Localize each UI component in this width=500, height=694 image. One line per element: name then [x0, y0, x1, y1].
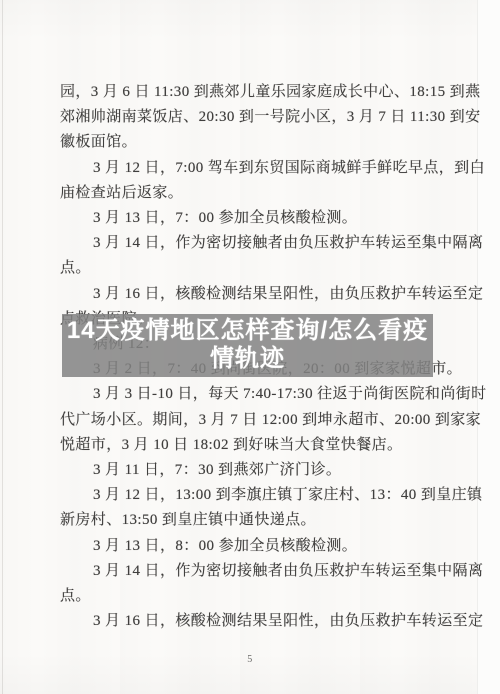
- page-left-edge: [2, 0, 3, 694]
- document-line: 3 月 12 日，13:00 到李旗庄镇丁家庄村、13：40 到皇庄镇: [60, 483, 482, 508]
- document-line: 园，3 月 6 日 11:30 到燕郊儿童乐园家庭成长中心、18:15 到燕: [60, 80, 480, 105]
- watermark-title-banner: 14天疫情地区怎样查询/怎么看疫情轨迹: [62, 314, 433, 377]
- document-line: 代广场小区。期间，3 月 7 日 12:00 到坤永超市、20:00 到家家: [60, 408, 481, 433]
- document-line: 悦超市，3 月 10 日 18:02 到好味当大食堂快餐店。: [60, 433, 402, 458]
- document-line: 3 月 14 日，作为密切接触者由负压救护车转运至集中隔离: [60, 231, 483, 256]
- scanned-document-page: 园，3 月 6 日 11:30 到燕郊儿童乐园家庭成长中心、18:15 到燕郊湘…: [0, 0, 500, 694]
- document-line: 庙检查站后返家。: [60, 181, 183, 206]
- page-number: 5: [0, 654, 500, 665]
- document-line: 3 月 13 日，8：00 参加全员核酸检测。: [60, 534, 357, 559]
- document-line: 3 月 16 日，核酸检测结果呈阳性，由负压救护车转运至定: [60, 282, 483, 307]
- document-line: 郊湘帅湖南菜饭店、20:30 到一号院小区，3 月 7 日 11:30 到安: [60, 105, 480, 130]
- document-line: 新房村、13:50 到皇庄镇中通快递点。: [60, 508, 316, 533]
- document-line: 点。: [60, 256, 91, 281]
- document-line: 3 月 11 日，7：30 到燕郊广济门诊。: [60, 458, 341, 483]
- document-line: 3 月 12 日，7:00 驾车到东贸国际商城鲜手鲜吃早点，到白: [60, 156, 485, 181]
- document-line: 3 月 13 日，7：00 参加全员核酸检测。: [60, 206, 357, 231]
- document-line: 徽板面馆。: [60, 130, 137, 155]
- document-line: 3 月 16 日，核酸检测结果呈阳性，由负压救护车转运至定: [60, 609, 483, 634]
- overlay-title: 14天疫情地区怎样查询/怎么看疫情轨迹: [62, 317, 433, 373]
- document-line: 3 月 3 日-10 日，每天 7:40-17:30 往返于尚街医院和尚街时: [60, 382, 487, 407]
- document-line: 3 月 14 日，作为密切接触者由负压救护车转运至集中隔离: [60, 559, 483, 584]
- document-line: 点。: [60, 584, 91, 609]
